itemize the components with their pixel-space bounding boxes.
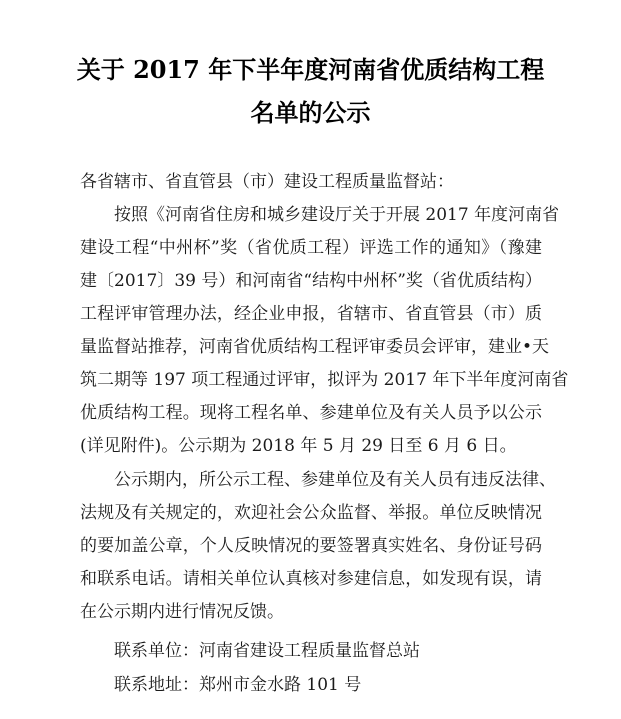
- paragraph-1-line: 建〔2017〕39 号）和河南省“结构中州杯”奖（省优质结构）: [80, 269, 542, 293]
- paragraph-2-line: 的要加盖公章，个人反映情况的要签署真实姓名、身份证号码: [80, 534, 542, 558]
- paragraph-2-line: 法规及有关规定的，欢迎社会公众监督、举报。单位反映情况: [80, 501, 542, 525]
- paragraph-2-line: 和联系电话。请相关单位认真核对参建信息，如发现有误，请: [80, 567, 542, 591]
- contact-unit: 联系单位：河南省建设工程质量监督总站: [114, 639, 542, 663]
- paragraph-1-line: 按照《河南省住房和城乡建设厅关于开展 2017 年度河南省: [114, 203, 542, 227]
- paragraph-1-line: 筑二期等 197 项工程通过评审，拟评为 2017 年下半年度河南省: [80, 368, 542, 392]
- paragraph-2-line: 公示期内，所公示工程、参建单位及有关人员有违反法律、: [114, 468, 542, 492]
- salutation: 各省辖市、省直管县（市）建设工程质量监督站：: [80, 170, 542, 194]
- paragraph-1-line: 优质结构工程。现将工程名单、参建单位及有关人员予以公示: [80, 401, 542, 425]
- document-title-line-2: 名单的公示: [0, 93, 621, 128]
- document-title-line-1: 关于 2017 年下半年度河南省优质结构工程: [0, 50, 621, 85]
- paragraph-1-line: 工程评审管理办法，经企业申报，省辖市、省直管县（市）质: [80, 302, 542, 326]
- paragraph-1-line: (详见附件)。公示期为 2018 年 5 月 29 日至 6 月 6 日。: [80, 434, 542, 458]
- paragraph-2-line: 在公示期内进行情况反馈。: [80, 600, 542, 624]
- contact-address: 联系地址：郑州市金水路 101 号: [114, 673, 542, 697]
- paragraph-1-line: 建设工程“中州杯”奖（省优质工程）评选工作的通知》（豫建: [80, 236, 542, 260]
- paragraph-1-line: 量监督站推荐，河南省优质结构工程评审委员会评审，建业•天: [80, 335, 542, 359]
